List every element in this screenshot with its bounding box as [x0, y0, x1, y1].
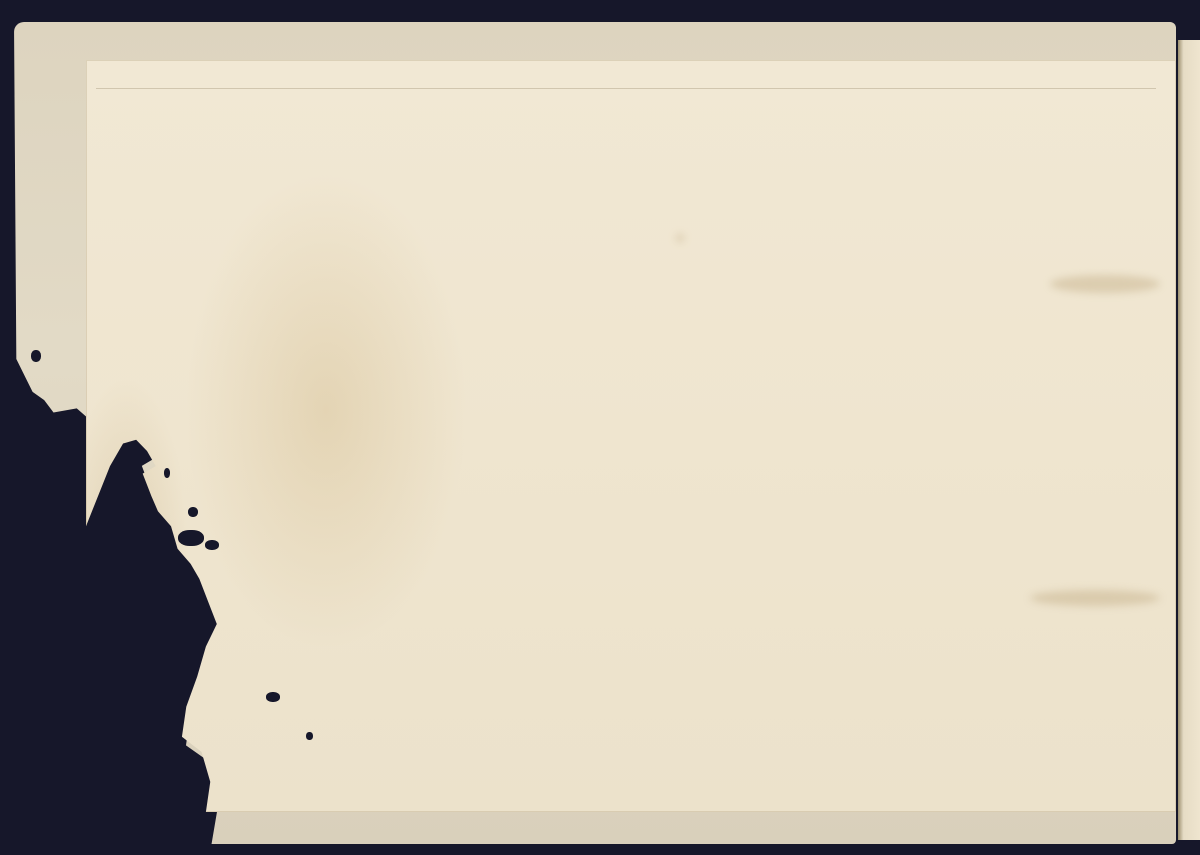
- paper-hole: [205, 540, 219, 550]
- paper-hole: [31, 350, 41, 362]
- adjacent-page-edge: [1178, 40, 1200, 840]
- paper-hole: [178, 530, 204, 546]
- paper-sheet: [86, 60, 1176, 812]
- paper-hole: [164, 468, 170, 478]
- photo-scene: [0, 0, 1200, 855]
- paper-hole: [306, 732, 313, 740]
- paper-hole: [266, 692, 280, 702]
- spot: [676, 234, 684, 242]
- water-stain: [1030, 590, 1160, 606]
- water-stain: [1050, 275, 1160, 293]
- faint-border-line: [96, 88, 1156, 89]
- paper-hole: [188, 507, 198, 517]
